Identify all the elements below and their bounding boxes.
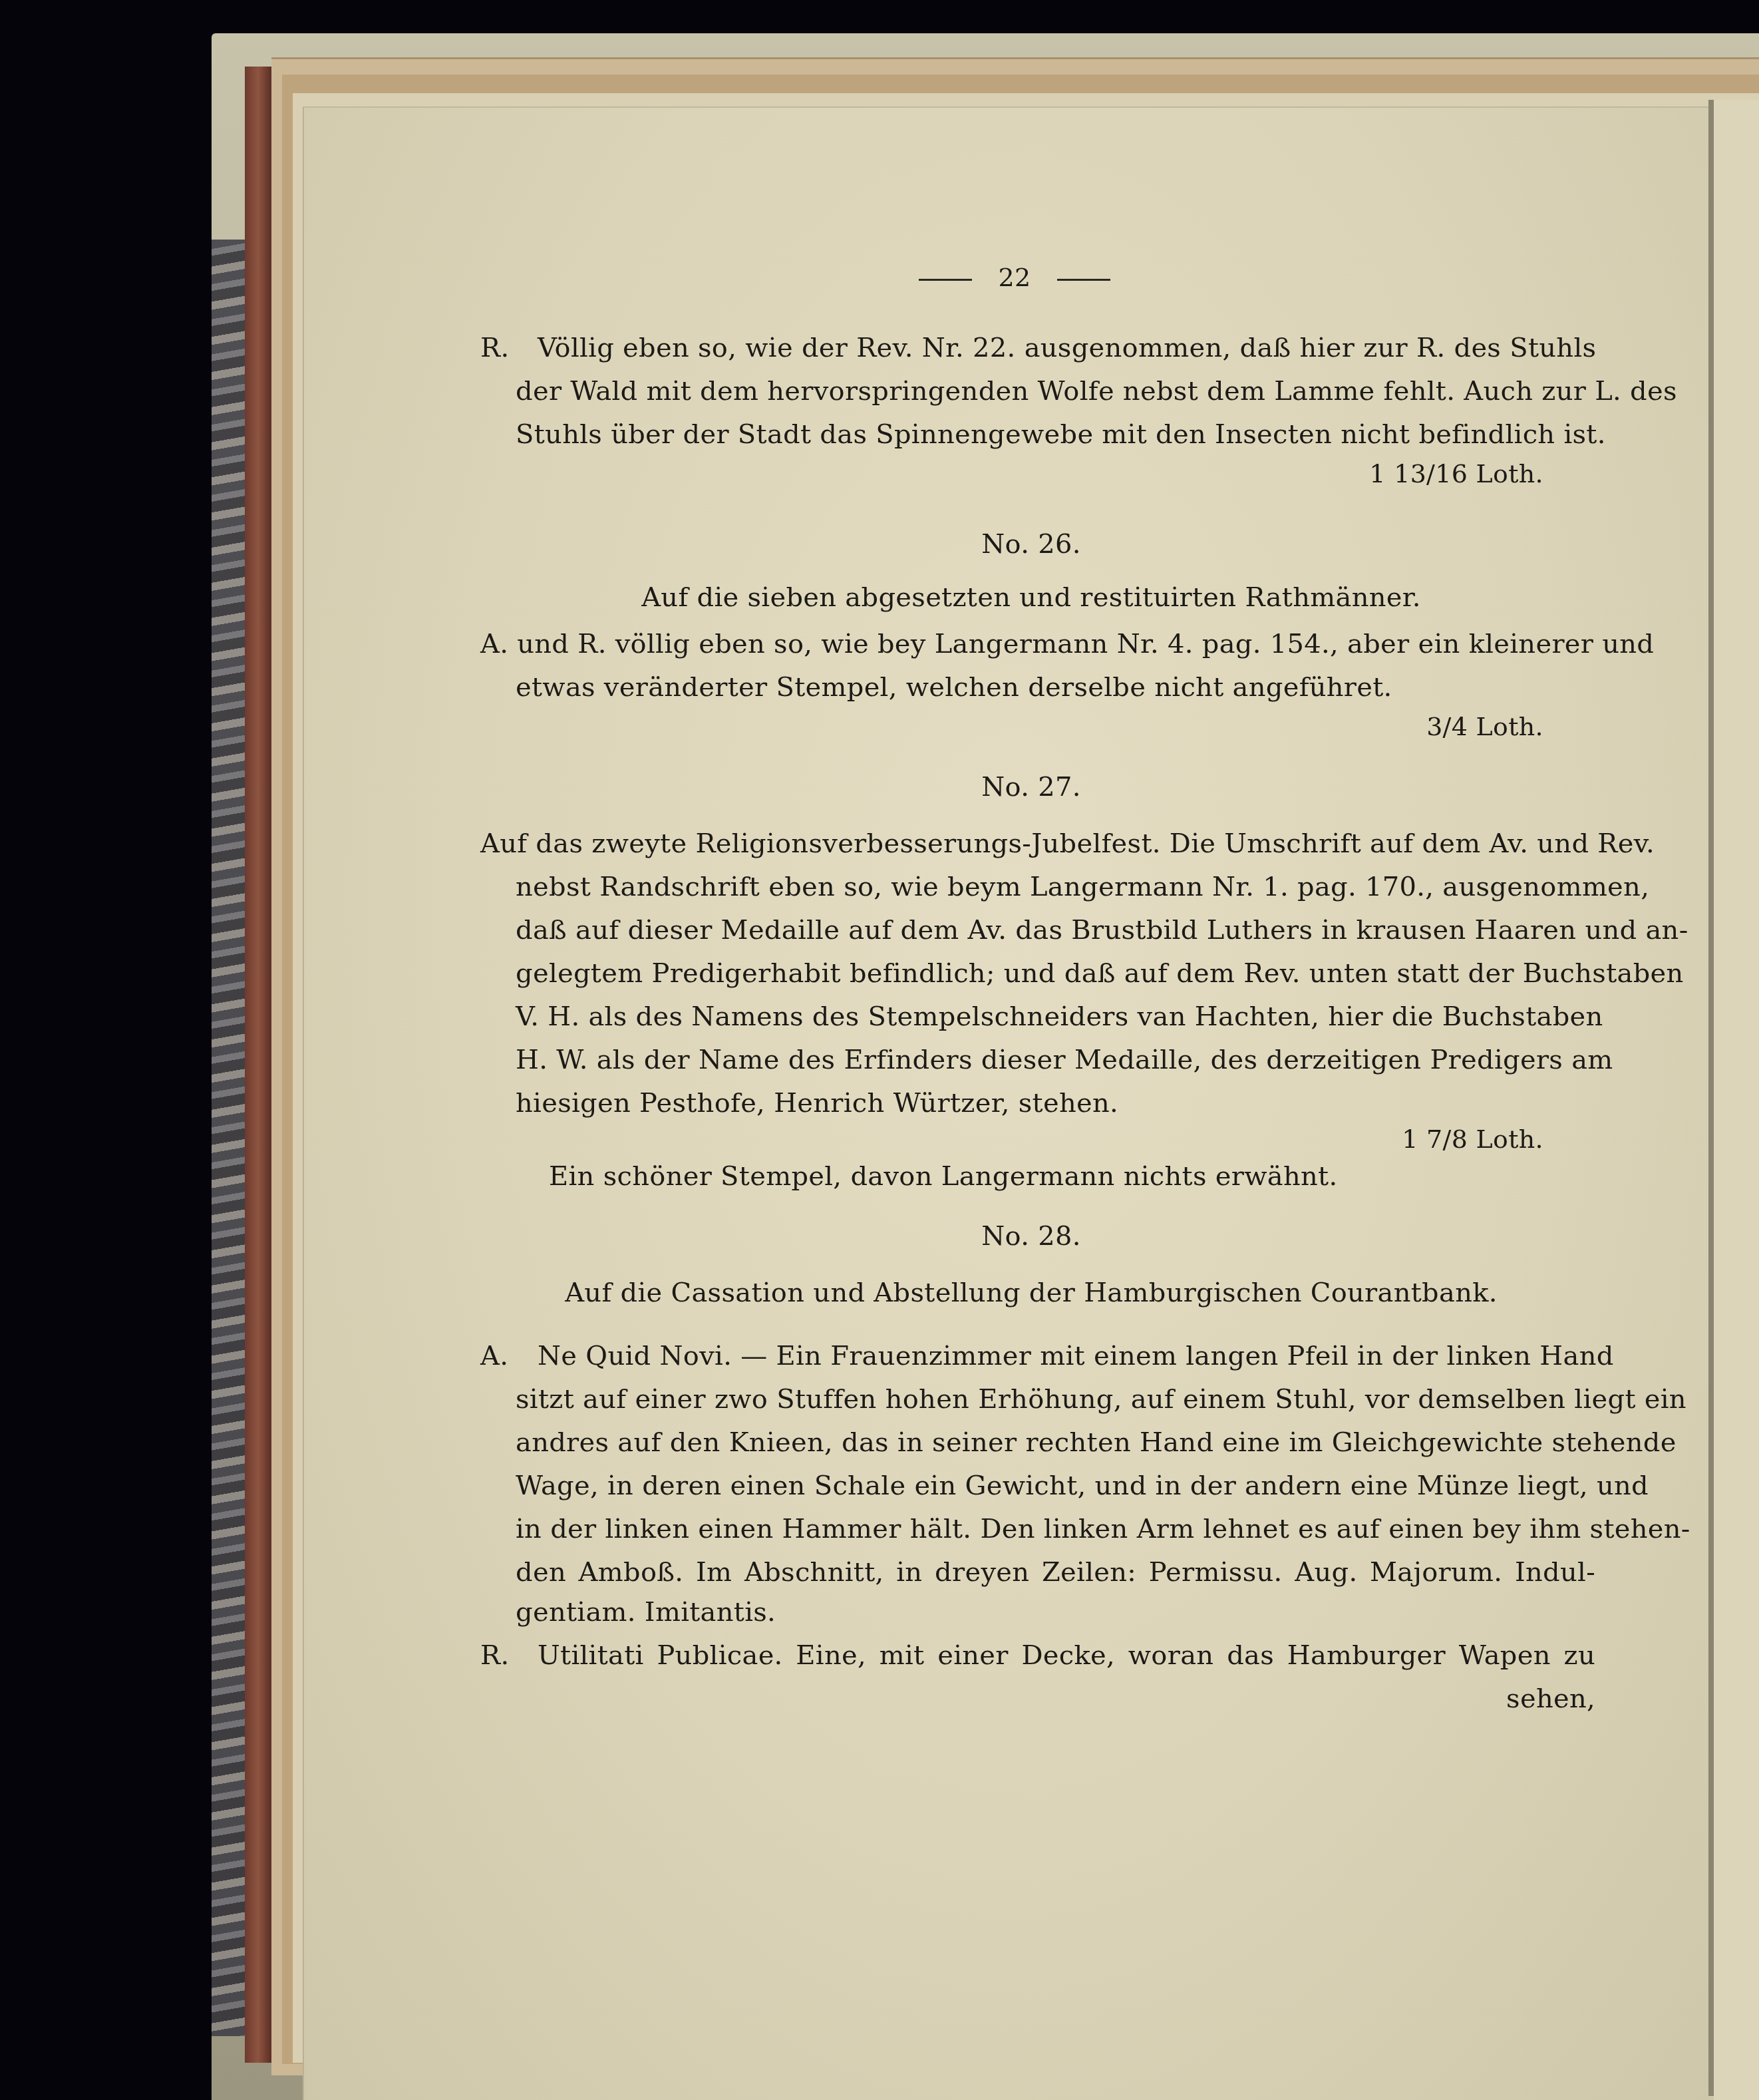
text-line: A. und R. völlig eben so, wie bey Langer… bbox=[480, 629, 1595, 659]
text-line: etwas veränderter Stempel, welchen derse… bbox=[516, 672, 1392, 703]
text-line: in der linken einen Hammer hält. Den lin… bbox=[516, 1514, 1595, 1544]
entry-title: Auf die sieben abgesetzten und restituir… bbox=[532, 582, 1530, 613]
text-line: Stuhls über der Stadt das Spinnengewebe … bbox=[516, 419, 1606, 450]
header-dash bbox=[1057, 279, 1110, 281]
text-line: Auf das zweyte Religionsverbesserungs-Ju… bbox=[480, 828, 1595, 859]
page-content: 22 R. Völlig eben so, wie der Rev. Nr. 2… bbox=[0, 0, 1759, 2100]
weight-value: 3/4 Loth. bbox=[1264, 712, 1543, 741]
text-line: Utilitati Publicae. Eine, mit einer Deck… bbox=[538, 1640, 1595, 1671]
section-label: R. bbox=[480, 333, 509, 363]
entry-number: No. 28. bbox=[931, 1221, 1131, 1252]
weight-value: 1 7/8 Loth. bbox=[1264, 1125, 1543, 1154]
page-number: 22 bbox=[999, 263, 1031, 292]
text-line: der Wald mit dem hervorspringenden Wolfe… bbox=[516, 376, 1595, 407]
entry-number: No. 26. bbox=[931, 529, 1131, 560]
header-dash bbox=[919, 279, 972, 281]
text-line: den Amboß. Im Abschnitt, in dreyen Zeile… bbox=[516, 1557, 1595, 1588]
section-label: R. bbox=[480, 1640, 509, 1671]
section-label: A. bbox=[480, 1341, 508, 1371]
text-line: daß auf dieser Medaille auf dem Av. das … bbox=[516, 915, 1595, 946]
entry-number: No. 27. bbox=[931, 772, 1131, 802]
text-line: andres auf den Knieen, das in seiner rec… bbox=[516, 1427, 1595, 1458]
text-line: gelegtem Predigerhabit befindlich; und d… bbox=[516, 958, 1595, 989]
entry-note: Ein schöner Stempel, davon Langermann ni… bbox=[549, 1161, 1337, 1192]
text-line: Wage, in deren einen Schale ein Gewicht,… bbox=[516, 1471, 1595, 1501]
text-line: hiesigen Pesthofe, Henrich Würtzer, steh… bbox=[516, 1088, 1118, 1119]
text-line: Ne Quid Novi. — Ein Frauenzimmer mit ein… bbox=[538, 1341, 1595, 1371]
text-line: V. H. als des Namens des Stempelschneide… bbox=[516, 1001, 1595, 1032]
text-line: nebst Randschrift eben so, wie beym Lang… bbox=[516, 872, 1595, 902]
text-line: Völlig eben so, wie der Rev. Nr. 22. aus… bbox=[538, 333, 1595, 363]
entry-title: Auf die Cassation und Abstellung der Ham… bbox=[532, 1278, 1530, 1308]
weight-value: 1 13/16 Loth. bbox=[1264, 459, 1543, 488]
text-line: sitzt auf einer zwo Stuffen hohen Erhöhu… bbox=[516, 1384, 1595, 1415]
page-header: 22 bbox=[865, 263, 1164, 292]
catchword: sehen, bbox=[1397, 1683, 1595, 1714]
text-line: gentiam. Imitantis. bbox=[516, 1597, 776, 1628]
text-line: H. W. als der Name des Erfinders dieser … bbox=[516, 1045, 1595, 1075]
